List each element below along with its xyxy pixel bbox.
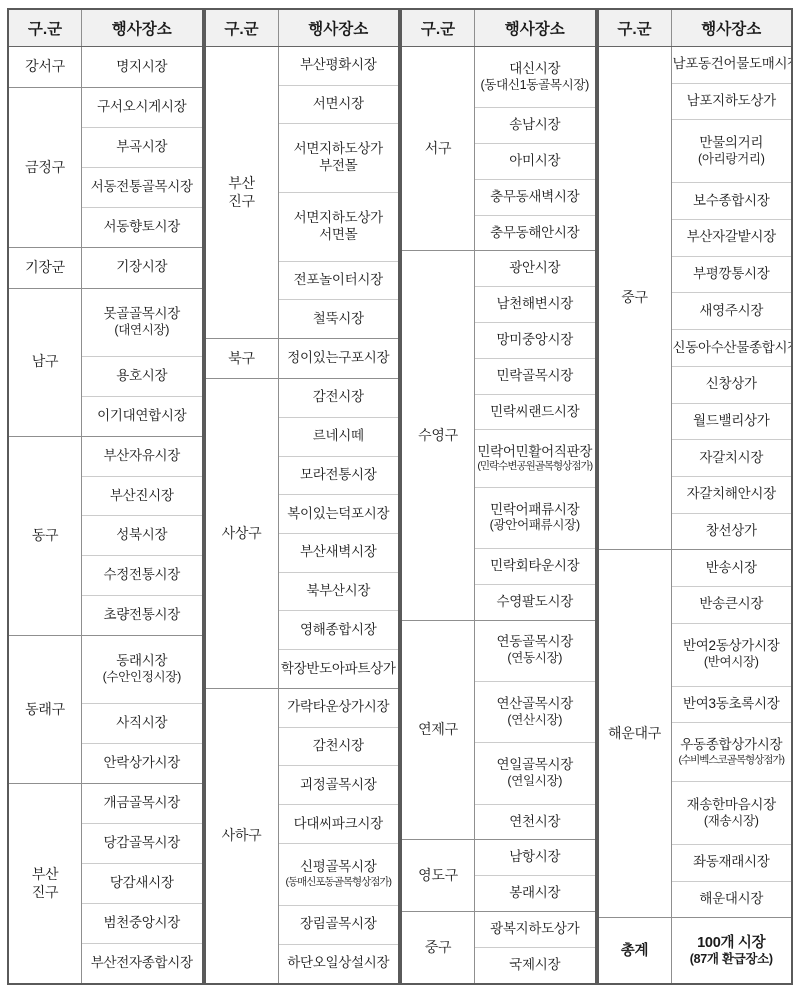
venue-cell: 부곡시장 [82,127,203,167]
venue-cell: 수정전통시장 [82,556,203,596]
district-cell: 연제구 [401,620,475,840]
venue-cell: 봉래시장 [475,876,596,912]
header-venue: 행사장소 [475,9,596,47]
venue-cell: 해운대시장 [671,881,792,918]
venue-cell: 정이있는구포시장 [278,339,399,379]
venue-cell: 이기대연합시장 [82,396,203,436]
district-cell: 부산진구 [205,47,279,339]
venue-cell: 개금골목시장 [82,784,203,824]
venue-cell: 국제시장 [475,947,596,984]
market-table: 구.군행사장소강서구명지시장금정구구서오시게시장부곡시장서동전통골목시장서동향토… [7,8,793,985]
venue-cell: 서면지하도상가 부전몰 [278,124,399,193]
district-cell: 중구 [401,911,475,984]
venue-cell: 동래시장(수안인정시장) [82,636,203,704]
venue-cell: 반여3동초록시장 [671,686,792,723]
venue-cell: 못골골목시장(대연시장) [82,288,203,356]
venue-cell: 부산평화시장 [278,47,399,86]
venue-cell: 민락씨랜드시장 [475,394,596,430]
venue-cell: 연산골목시장(연산시장) [475,681,596,742]
venue-cell: 민락골목시장 [475,358,596,394]
venue-cell: 연일골목시장(연일시장) [475,743,596,804]
venue-cell: 신평골목시장(동매신포동골목형상점가) [278,843,399,905]
venue-cell: 서면시장 [278,85,399,124]
venue-cell: 부산자유시장 [82,436,203,476]
venue-cell: 광복지하도상가 [475,911,596,947]
venue-cell: 부산전자종합시장 [82,943,203,984]
table-row: 강서구명지시장 [8,47,203,88]
venue-cell: 용호시장 [82,356,203,396]
venue-cell: 신동아수산물종합시장 [671,330,792,367]
venue-cell: 북부산시장 [278,572,399,611]
venue-cell: 철뚝시장 [278,300,399,339]
district-cell: 금정구 [8,88,82,248]
header-row: 구.군행사장소 [8,9,203,47]
venue-cell: 영해종합시장 [278,611,399,650]
table-row: 해운대구반송시장 [598,550,793,587]
venue-cell: 서동향토시장 [82,207,203,247]
venue-cell: 대신시장(동대신1동골목시장) [475,47,596,108]
header-district: 구.군 [401,9,475,47]
venue-cell: 창선상가 [671,513,792,550]
table-row: 수영구광안시장 [401,251,596,287]
venue-cell: 우동종합상가시장(수비벡스코골목형상점가) [671,723,792,782]
venue-cell: 감전시장 [278,379,399,418]
venue-cell: 보수종합시장 [671,183,792,220]
venue-cell: 자갈치시장 [671,440,792,477]
venue-cell: 괴정골목시장 [278,766,399,805]
table-row: 동구부산자유시장 [8,436,203,476]
header-district: 구.군 [8,9,82,47]
district-cell: 동래구 [8,636,82,784]
venue-cell: 장림골목시장 [278,905,399,944]
venue-cell: 서동전통골목시장 [82,167,203,207]
venue-cell: 아미시장 [475,144,596,180]
venue-cell: 월드밸리상가 [671,403,792,440]
venue-cell: 민락회타운시장 [475,548,596,584]
district-cell: 동구 [8,436,82,635]
venue-cell: 서면지하도상가 서면몰 [278,193,399,262]
venue-cell: 복이있는덕포시장 [278,495,399,534]
table-row: 사상구감전시장 [205,379,400,418]
venue-cell: 만물의거리(아리랑거리) [671,120,792,183]
venue-cell: 반송큰시장 [671,587,792,624]
venue-cell: 하단오일상설시장 [278,944,399,984]
venue-cell: 민락어민활어직판장(민락수변공원골목형상점가) [475,430,596,487]
header-row: 구.군행사장소 [205,9,400,47]
table-row: 중구광복지하도상가 [401,911,596,947]
table-row: 기장군기장시장 [8,247,203,288]
venue-cell: 광안시장 [475,251,596,287]
venue-cell: 민락어패류시장(광안어패류시장) [475,487,596,548]
venue-cell: 전포놀이터시장 [278,261,399,300]
venue-cell: 부산새벽시장 [278,534,399,573]
district-cell: 부산진구 [8,784,82,984]
table-row: 영도구남항시장 [401,840,596,876]
venue-cell: 부평깡통시장 [671,256,792,293]
table-row: 부산진구부산평화시장 [205,47,400,86]
venue-cell: 안락상가시장 [82,744,203,784]
venue-cell: 기장시장 [82,247,203,288]
venue-cell: 충무동해안시장 [475,215,596,251]
venue-cell: 모라전통시장 [278,456,399,495]
venue-cell: 명지시장 [82,47,203,88]
header-venue: 행사장소 [82,9,203,47]
table-row: 동래구동래시장(수안인정시장) [8,636,203,704]
table-row: 북구정이있는구포시장 [205,339,400,379]
venue-cell: 새영주시장 [671,293,792,330]
venue-cell: 연동골목시장(연동시장) [475,620,596,681]
district-cell: 총계 [598,918,672,984]
panel-1: 구.군행사장소강서구명지시장금정구구서오시게시장부곡시장서동전통골목시장서동향토… [7,8,204,985]
district-cell: 강서구 [8,47,82,88]
district-cell: 영도구 [401,840,475,912]
district-cell: 서구 [401,47,475,251]
panel-3: 구.군행사장소서구대신시장(동대신1동골목시장)송남시장아미시장충무동새벽시장충… [400,8,597,985]
venue-cell: 100개 시장(87개 환급장소) [671,918,792,984]
venue-cell: 범천중앙시장 [82,903,203,943]
table-row: 서구대신시장(동대신1동골목시장) [401,47,596,108]
district-cell: 남구 [8,288,82,436]
venue-cell: 남천해변시장 [475,287,596,323]
header-row: 구.군행사장소 [598,9,793,47]
venue-cell: 부산자갈밭시장 [671,220,792,257]
venue-cell: 당감새시장 [82,863,203,903]
header-district: 구.군 [205,9,279,47]
header-venue: 행사장소 [671,9,792,47]
venue-cell: 가락타운상가시장 [278,688,399,727]
header-district: 구.군 [598,9,672,47]
venue-cell: 초량전통시장 [82,596,203,636]
venue-cell: 반여2동상가시장(반여시장) [671,623,792,686]
table-row: 부산진구개금골목시장 [8,784,203,824]
venue-cell: 연천시장 [475,804,596,840]
venue-cell: 재송한마음시장(재송시장) [671,782,792,845]
venue-cell: 구서오시게시장 [82,88,203,128]
header-venue: 행사장소 [278,9,399,47]
panel-2: 구.군행사장소부산진구부산평화시장서면시장서면지하도상가 부전몰서면지하도상가 … [204,8,401,985]
table-row: 총계100개 시장(87개 환급장소) [598,918,793,984]
venue-cell: 남항시장 [475,840,596,876]
venue-cell: 충무동새벽시장 [475,179,596,215]
venue-cell: 다대씨파크시장 [278,805,399,844]
district-cell: 수영구 [401,251,475,620]
table-row: 연제구연동골목시장(연동시장) [401,620,596,681]
table-row: 사하구가락타운상가시장 [205,688,400,727]
table-row: 남구못골골목시장(대연시장) [8,288,203,356]
venue-cell: 당감골목시장 [82,824,203,864]
venue-cell: 송남시장 [475,108,596,144]
venue-cell: 르네시떼 [278,417,399,456]
venue-cell: 수영팔도시장 [475,584,596,620]
district-cell: 해운대구 [598,550,672,918]
table-row: 중구남포동건어물도매시장 [598,47,793,84]
venue-cell: 남포지하도상가 [671,83,792,120]
venue-cell: 자갈치해안시장 [671,476,792,513]
venue-cell: 반송시장 [671,550,792,587]
header-row: 구.군행사장소 [401,9,596,47]
venue-cell: 남포동건어물도매시장 [671,47,792,84]
district-cell: 북구 [205,339,279,379]
venue-cell: 망미중앙시장 [475,323,596,359]
venue-cell: 신창상가 [671,366,792,403]
district-cell: 사상구 [205,379,279,689]
venue-cell: 성북시장 [82,516,203,556]
venue-cell: 부산진시장 [82,476,203,516]
venue-cell: 좌동재래시장 [671,845,792,882]
table-row: 금정구구서오시게시장 [8,88,203,128]
district-cell: 사하구 [205,688,279,984]
district-cell: 중구 [598,47,672,550]
venue-cell: 감천시장 [278,727,399,766]
panel-4: 구.군행사장소중구남포동건어물도매시장남포지하도상가만물의거리(아리랑거리)보수… [597,8,794,985]
venue-cell: 사직시장 [82,704,203,744]
venue-cell: 학장반도아파트상가 [278,650,399,689]
district-cell: 기장군 [8,247,82,288]
